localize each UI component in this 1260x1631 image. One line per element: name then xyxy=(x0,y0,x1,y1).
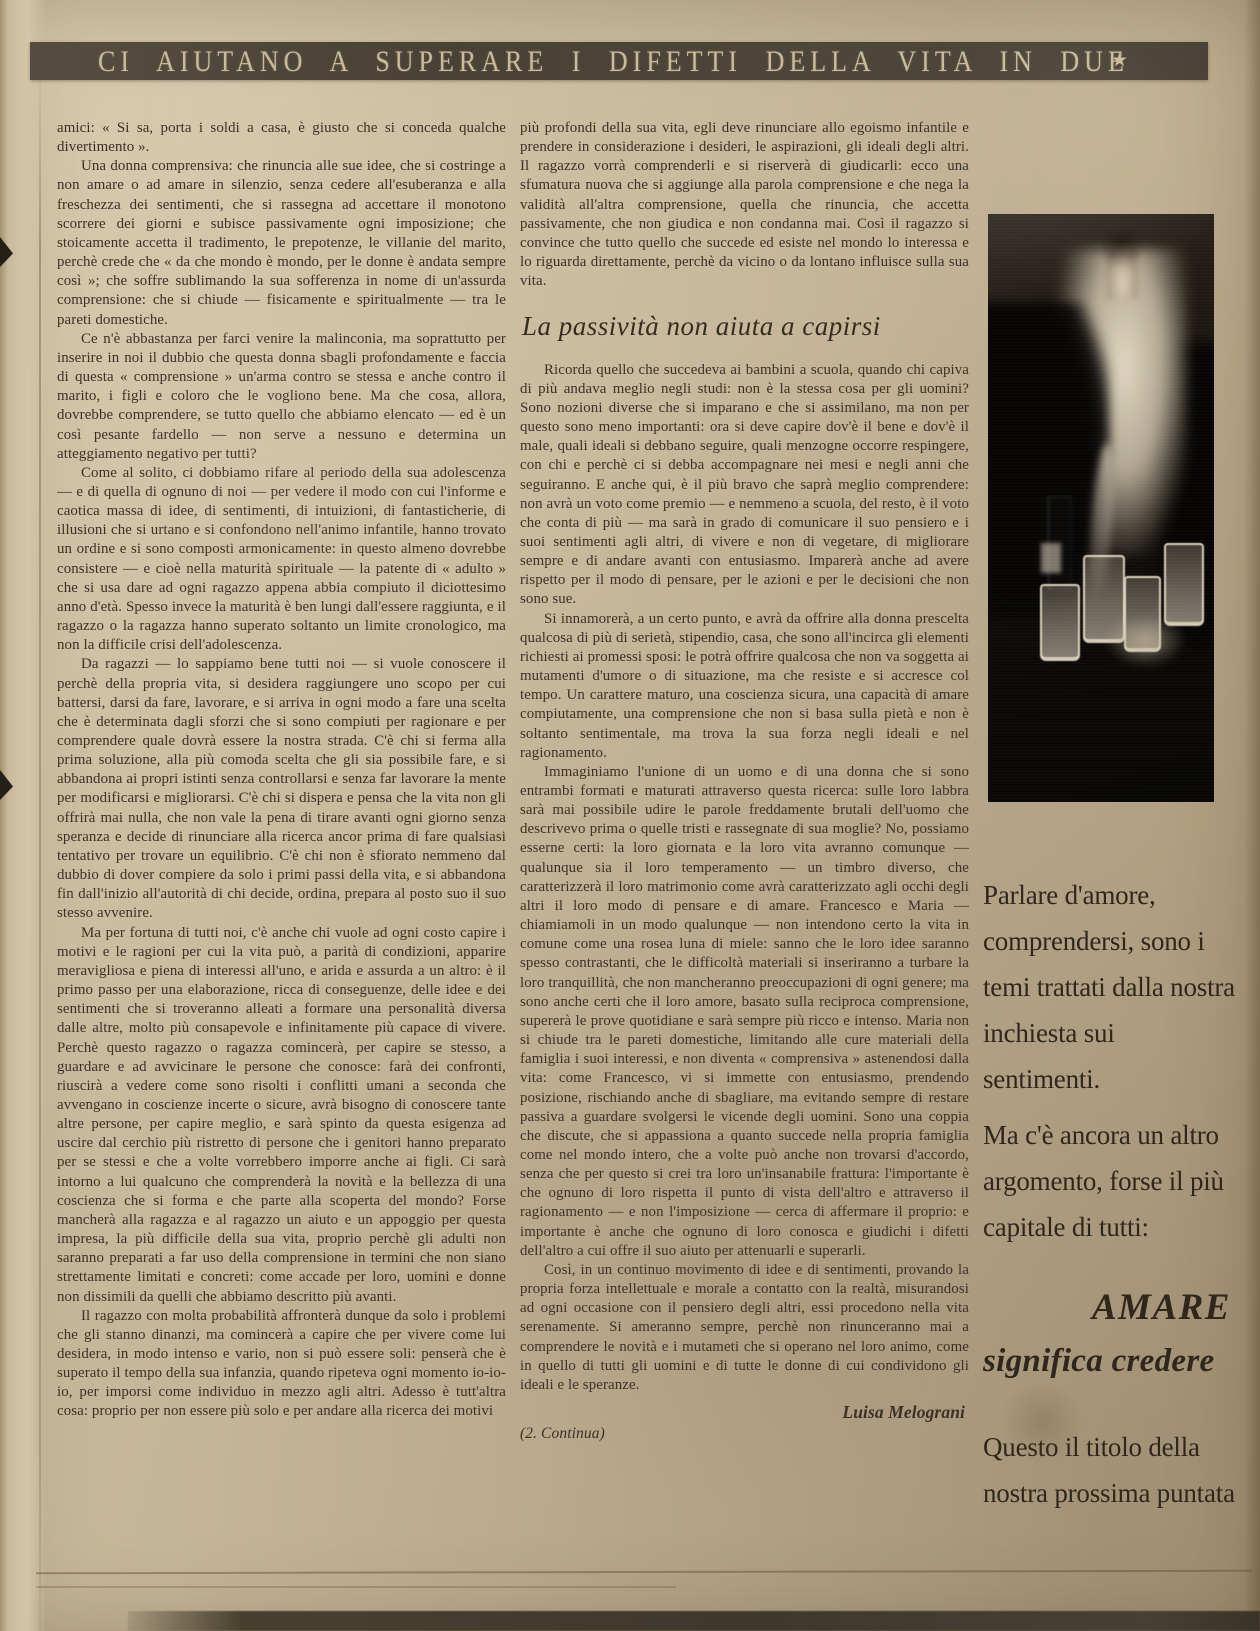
byline-row: Luisa Melograni xyxy=(520,1403,969,1424)
paragraph: Ce n'è abbastanza per farci venire la ma… xyxy=(57,330,506,464)
paragraph: Immaginiamo l'unione di un uomo e di una… xyxy=(520,763,969,1261)
paragraph: Ma per fortuna di tutti noi, c'è anche c… xyxy=(57,924,506,1307)
pull-quote-3: Questo il titolo della nostra prossima p… xyxy=(983,1424,1235,1516)
next-episode-title-phrase: significa credere xyxy=(983,1343,1235,1380)
paper-crease-line xyxy=(39,60,41,1631)
page-bottom-dark-band xyxy=(128,1611,1260,1631)
banner-title: CI AIUTANO A SUPERARE I DIFETTI DELLA VI… xyxy=(98,45,1129,79)
paragraph: Ricorda quello che succedeva ai bambini … xyxy=(520,361,969,610)
star-icon: ★ xyxy=(1111,49,1128,72)
continuation-note: (2. Continua) xyxy=(520,1424,969,1443)
section-banner: CI AIUTANO A SUPERARE I DIFETTI DELLA VI… xyxy=(30,42,1208,80)
pull-quote-1: Parlare d'amore, comprendersi, sono i te… xyxy=(983,872,1235,1102)
paragraph: più profondi della sua vita, egli deve r… xyxy=(520,119,969,291)
paper-right-edge xyxy=(1244,0,1260,1631)
pull-quote-sidebar: Parlare d'amore, comprendersi, sono i te… xyxy=(983,872,1235,1516)
section-subheading: La passività non aiuta a capirsi xyxy=(522,317,969,336)
paragraph: Il ragazzo con molta probabilità affront… xyxy=(57,1307,506,1422)
pull-quote-2: Ma c'è ancora un altro argomento, forse … xyxy=(983,1112,1235,1250)
bottom-rule-secondary xyxy=(36,1586,676,1588)
paragraph: Così, in un continuo movimento di idee e… xyxy=(520,1261,969,1395)
paragraph: Come al solito, ci dobbiamo rifare al pe… xyxy=(57,464,506,656)
author-byline: Luisa Melograni xyxy=(842,1402,965,1422)
article-right-column: più profondi della sua vita, egli deve r… xyxy=(520,119,969,1581)
paragraph: Una donna comprensiva: che rinuncia alle… xyxy=(57,157,506,329)
article-left-column: amici: « Si sa, porta i soldi a casa, è … xyxy=(57,119,506,1569)
photo-grain-overlay xyxy=(988,214,1214,802)
paragraph: amici: « Si sa, porta i soldi a casa, è … xyxy=(57,119,506,157)
paragraph: Da ragazzi — lo sappiamo bene tutti noi … xyxy=(57,655,506,923)
next-episode-title-word: AMARE xyxy=(983,1286,1235,1329)
magazine-page: CI AIUTANO A SUPERARE I DIFETTI DELLA VI… xyxy=(0,0,1260,1631)
paragraph: Si innamorerà, a un certo punto, e avrà … xyxy=(520,610,969,763)
article-photo xyxy=(988,214,1214,802)
